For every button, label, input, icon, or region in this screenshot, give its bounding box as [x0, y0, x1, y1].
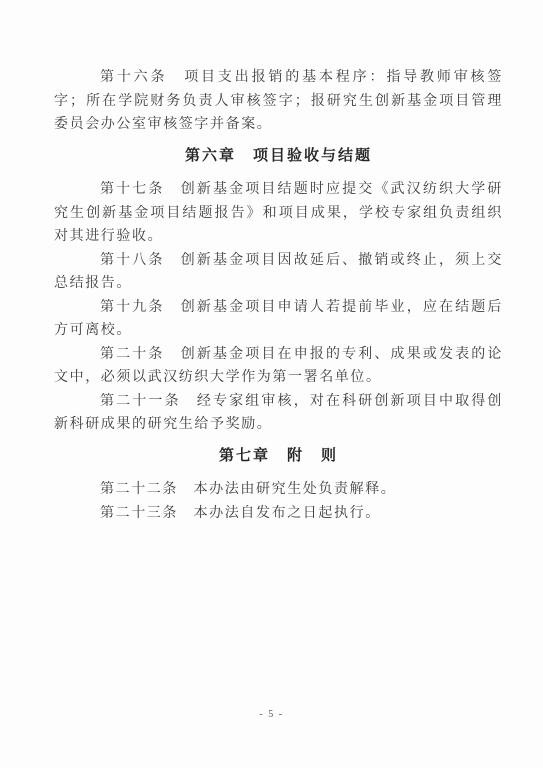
chapter-6-heading: 第六章 项目验收与结题 — [54, 145, 503, 169]
document-body: 第十六条 项目支出报销的基本程序：指导教师审核签字；所在学院财务负责人审核签字；… — [54, 66, 503, 525]
article-21-paragraph: 第二十一条 经专家组审核，对在科研创新项目中取得创新科研成果的研究生给予奖励。 — [54, 390, 503, 437]
article-22-paragraph: 第二十二条 本办法由研究生处负责解释。 — [54, 478, 503, 502]
article-16-paragraph: 第十六条 项目支出报销的基本程序：指导教师审核签字；所在学院财务负责人审核签字；… — [54, 66, 503, 137]
article-19-paragraph: 第十九条 创新基金项目申请人若提前毕业，应在结题后方可离校。 — [54, 296, 503, 343]
article-18-paragraph: 第十八条 创新基金项目因故延后、撤销或终止，须上交总结报告。 — [54, 249, 503, 296]
article-20-paragraph: 第二十条 创新基金项目在申报的专利、成果或发表的论文中，必须以武汉纺织大学作为第… — [54, 343, 503, 390]
article-23-paragraph: 第二十三条 本办法自发布之日起执行。 — [54, 502, 503, 526]
document-page: 第十六条 项目支出报销的基本程序：指导教师审核签字；所在学院财务负责人审核签字；… — [0, 0, 543, 768]
chapter-7-heading: 第七章 附 则 — [54, 445, 503, 469]
article-17-paragraph: 第十七条 创新基金项目结题时应提交《武汉纺织大学研究生创新基金项目结题报告》和项… — [54, 178, 503, 249]
page-number: - 5 - — [0, 709, 543, 720]
